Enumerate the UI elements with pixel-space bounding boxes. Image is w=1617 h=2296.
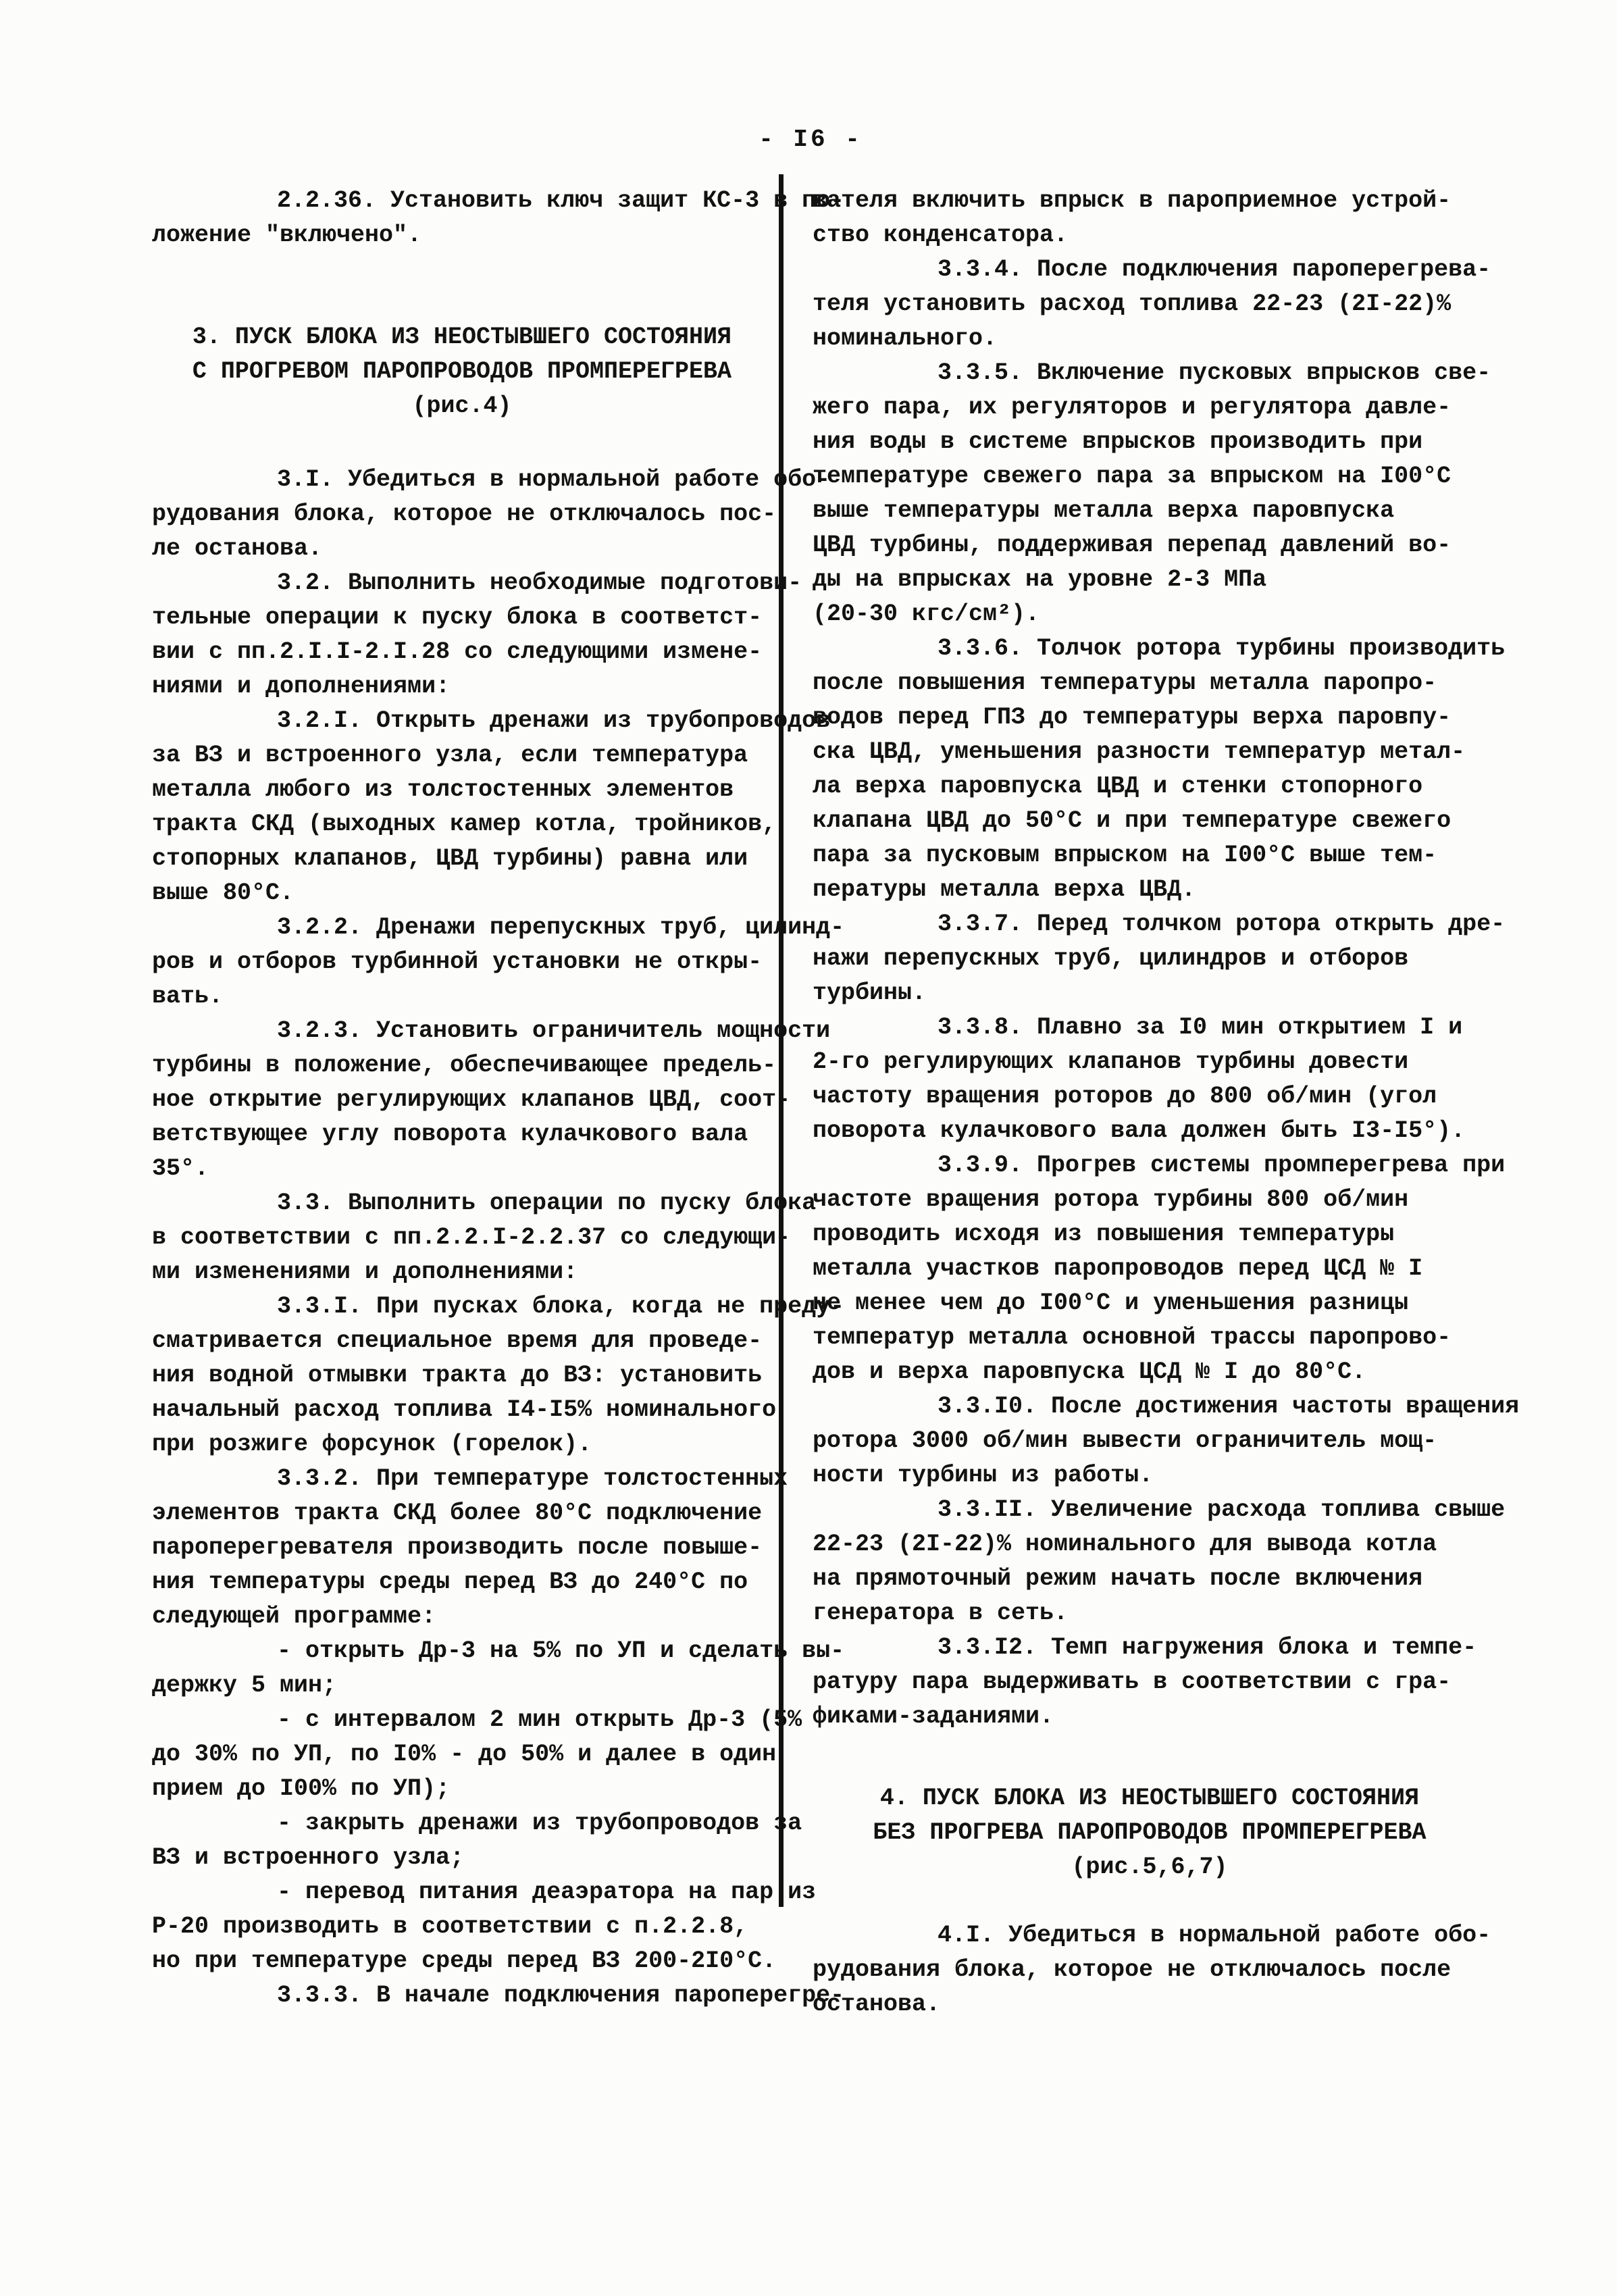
- paragraph-4-1: 4.I. Убедиться в нормальной работе обо-р…: [813, 1918, 1487, 2022]
- text-line: выше температуры металла верха паровпуск…: [813, 494, 1487, 528]
- text-line: (рис.4): [152, 389, 772, 424]
- text-line: 3.3.8. Плавно за I0 мин открытием I и: [813, 1011, 1487, 1045]
- text-line: поворота кулачкового вала должен быть I3…: [813, 1114, 1487, 1148]
- right-column: вателя включить впрыск в пароприемное ус…: [813, 184, 1487, 2022]
- section-4-heading: 4. ПУСК БЛОКА ИЗ НЕОСТЫВШЕГО СОСТОЯНИЯБЕ…: [813, 1781, 1487, 1885]
- paragraph-3-3-12: 3.3.I2. Темп нагружения блока и темпе-ра…: [813, 1631, 1487, 1734]
- text-line: частоту вращения роторов до 800 об/мин (…: [813, 1079, 1487, 1114]
- text-line: проводить исходя из повышения температур…: [813, 1217, 1487, 1252]
- text-line: 3.3.6. Толчок ротора турбины производить: [813, 632, 1487, 666]
- text-line: 4.I. Убедиться в нормальной работе обо-: [813, 1918, 1487, 1953]
- text-line: ности турбины из работы.: [813, 1458, 1487, 1493]
- page-number: - I6 -: [716, 126, 905, 153]
- section-3-heading: 3. ПУСК БЛОКА ИЗ НЕОСТЫВШЕГО СОСТОЯНИЯС …: [152, 320, 772, 424]
- text-line: 3.2. Выполнить необходимые подготови-: [152, 566, 772, 601]
- text-line: ротора 3000 об/мин вывести ограничитель …: [813, 1424, 1487, 1458]
- text-line: турбины.: [813, 976, 1487, 1011]
- paragraph-3-3-8: 3.3.8. Плавно за I0 мин открытием I и2-г…: [813, 1011, 1487, 1148]
- text-line: ми изменениями и дополнениями:: [152, 1255, 772, 1290]
- paragraph-3-3-2: 3.3.2. При температуре толстостенныхэлем…: [152, 1462, 772, 1634]
- text-line: после повышения температуры металла паро…: [813, 666, 1487, 700]
- text-line: ниями и дополнениями:: [152, 669, 772, 704]
- text-line: 3.3.4. После подключения пароперегрева-: [813, 253, 1487, 287]
- text-line: рудования блока, которое не отключалось …: [813, 1953, 1487, 1987]
- list-item-interval-dr3: - с интервалом 2 мин открыть Др-3 (5%до …: [152, 1703, 772, 1806]
- text-line: ле останова.: [152, 532, 772, 566]
- paragraph-3-3-4: 3.3.4. После подключения пароперегрева-т…: [813, 253, 1487, 356]
- text-line: ска ЦВД, уменьшения разности температур …: [813, 735, 1487, 769]
- text-line: ветствующее углу поворота кулачкового ва…: [152, 1117, 772, 1152]
- text-line: сматривается специальное время для прове…: [152, 1324, 772, 1358]
- paragraph-3-3-1: 3.3.I. При пусках блока, когда не преду-…: [152, 1290, 772, 1462]
- text-line: вии с пп.2.I.I-2.I.28 со следующими изме…: [152, 635, 772, 669]
- text-line: 3.3.I. При пусках блока, когда не преду-: [152, 1290, 772, 1324]
- paragraph-3-2-3: 3.2.3. Установить ограничитель мощностит…: [152, 1014, 772, 1186]
- text-line: ство конденсатора.: [813, 218, 1487, 253]
- paragraph-3-3-6: 3.3.6. Толчок ротора турбины производить…: [813, 632, 1487, 907]
- paragraph-3-3: 3.3. Выполнить операции по пуску блокав …: [152, 1186, 772, 1290]
- text-line: 3.3. Выполнить операции по пуску блока: [152, 1186, 772, 1221]
- text-line: 3. ПУСК БЛОКА ИЗ НЕОСТЫВШЕГО СОСТОЯНИЯ: [152, 320, 772, 355]
- text-line: Р-20 производить в соответствии с п.2.2.…: [152, 1910, 772, 1944]
- text-line: вать.: [152, 979, 772, 1014]
- text-line: 22-23 (2I-22)% номинального для вывода к…: [813, 1527, 1487, 1562]
- text-line: пара за пусковым впрыском на I00°С выше …: [813, 838, 1487, 873]
- text-line: стопорных клапанов, ЦВД турбины) равна и…: [152, 842, 772, 876]
- text-line: ды на впрысках на уровне 2-3 МПа: [813, 563, 1487, 597]
- text-line: нажи перепускных труб, цилиндров и отбор…: [813, 942, 1487, 976]
- text-line: начальный расход топлива I4-I5% номиналь…: [152, 1393, 772, 1427]
- text-line: 3.3.I2. Темп нагружения блока и темпе-: [813, 1631, 1487, 1665]
- text-line: 3.3.5. Включение пусковых впрысков све-: [813, 356, 1487, 390]
- text-line: 2.2.36. Установить ключ защит КС-3 в по-: [152, 184, 772, 218]
- text-line: за ВЗ и встроенного узла, если температу…: [152, 738, 772, 773]
- text-line: не менее чем до I00°С и уменьшения разни…: [813, 1286, 1487, 1321]
- text-line: С ПРОГРЕВОМ ПАРОПРОВОДОВ ПРОМПЕРЕГРЕВА: [152, 355, 772, 389]
- text-line: - закрыть дренажи из трубопроводов за: [152, 1806, 772, 1841]
- paragraph-2-2-36: 2.2.36. Установить ключ защит КС-3 в по-…: [152, 184, 772, 253]
- text-line: генератора в сеть.: [813, 1596, 1487, 1631]
- text-line: температуре свежего пара за впрыском на …: [813, 459, 1487, 494]
- paragraph-3-2: 3.2. Выполнить необходимые подготови-тел…: [152, 566, 772, 704]
- text-line: 3.3.I0. После достижения частоты вращени…: [813, 1389, 1487, 1424]
- text-line: температур металла основной трассы пароп…: [813, 1321, 1487, 1355]
- text-line: 3.3.7. Перед толчком ротора открыть дре-: [813, 907, 1487, 942]
- paragraph-3-3-3-continuation: вателя включить впрыск в пароприемное ус…: [813, 184, 1487, 253]
- document-page: - I6 - 2.2.36. Установить ключ защит КС-…: [0, 0, 1617, 2296]
- text-line: 3.2.3. Установить ограничитель мощности: [152, 1014, 772, 1048]
- text-line: ложение "включено".: [152, 218, 772, 253]
- text-line: - открыть Др-3 на 5% по УП и сделать вы-: [152, 1634, 772, 1668]
- text-line: частоте вращения ротора турбины 800 об/м…: [813, 1183, 1487, 1217]
- text-line: ВЗ и встроенного узла;: [152, 1841, 772, 1875]
- text-line: - с интервалом 2 мин открыть Др-3 (5%: [152, 1703, 772, 1737]
- text-line: 4. ПУСК БЛОКА ИЗ НЕОСТЫВШЕГО СОСТОЯНИЯ: [813, 1781, 1487, 1816]
- text-line: фиками-заданиями.: [813, 1700, 1487, 1734]
- text-line: 3.I. Убедиться в нормальной работе обо-: [152, 463, 772, 497]
- left-column: 2.2.36. Установить ключ защит КС-3 в по-…: [152, 184, 772, 2013]
- text-line: (рис.5,6,7): [813, 1850, 1487, 1885]
- text-line: 3.3.9. Прогрев системы промперегрева при: [813, 1148, 1487, 1183]
- text-line: держку 5 мин;: [152, 1668, 772, 1703]
- text-line: ния водной отмывки тракта до ВЗ: установ…: [152, 1358, 772, 1393]
- text-line: вателя включить впрыск в пароприемное ус…: [813, 184, 1487, 218]
- text-line: турбины в положение, обеспечивающее пред…: [152, 1048, 772, 1083]
- text-line: но при температуре среды перед ВЗ 200-2I…: [152, 1944, 772, 1979]
- text-line: следующей программе:: [152, 1600, 772, 1634]
- text-line: ЦВД турбины, поддерживая перепад давлени…: [813, 528, 1487, 563]
- text-line: дов и верха паровпуска ЦСД № I до 80°С.: [813, 1355, 1487, 1389]
- paragraph-3-3-7: 3.3.7. Перед толчком ротора открыть дре-…: [813, 907, 1487, 1011]
- text-line: БЕЗ ПРОГРЕВА ПАРОПРОВОДОВ ПРОМПЕРЕГРЕВА: [813, 1816, 1487, 1850]
- text-line: 35°.: [152, 1152, 772, 1186]
- text-line: в соответствии с пп.2.2.I-2.2.37 со след…: [152, 1221, 772, 1255]
- text-line: пароперегревателя производить после повы…: [152, 1531, 772, 1565]
- text-line: 3.3.II. Увеличение расхода топлива свыше: [813, 1493, 1487, 1527]
- paragraph-3-3-3: 3.3.3. В начале подключения пароперегре-: [152, 1979, 772, 2013]
- paragraph-3-1: 3.I. Убедиться в нормальной работе обо-р…: [152, 463, 772, 566]
- text-line: водов перед ГПЗ до температуры верха пар…: [813, 700, 1487, 735]
- text-line: тракта СКД (выходных камер котла, тройни…: [152, 807, 772, 842]
- list-item-deaerator: - перевод питания деаэратора на пар изР-…: [152, 1875, 772, 1979]
- text-line: ла верха паровпуска ЦВД и стенки стопорн…: [813, 769, 1487, 804]
- list-item-open-dr3: - открыть Др-3 на 5% по УП и сделать вы-…: [152, 1634, 772, 1703]
- text-line: металла любого из толстостенных элементо…: [152, 773, 772, 807]
- text-line: ния температуры среды перед ВЗ до 240°С …: [152, 1565, 772, 1600]
- paragraph-3-2-2: 3.2.2. Дренажи перепускных труб, цилинд-…: [152, 911, 772, 1014]
- text-line: - перевод питания деаэратора на пар из: [152, 1875, 772, 1910]
- text-line: выше 80°С.: [152, 876, 772, 911]
- text-line: металла участков паропроводов перед ЦСД …: [813, 1252, 1487, 1286]
- text-line: тельные операции к пуску блока в соответ…: [152, 601, 772, 635]
- text-line: клапана ЦВД до 50°С и при температуре св…: [813, 804, 1487, 838]
- text-line: 2-го регулирующих клапанов турбины довес…: [813, 1045, 1487, 1079]
- text-line: (20-30 кгс/см²).: [813, 597, 1487, 632]
- text-line: элементов тракта СКД более 80°С подключе…: [152, 1496, 772, 1531]
- paragraph-3-2-1: 3.2.I. Открыть дренажи из трубопроводовз…: [152, 704, 772, 911]
- paragraph-3-3-11: 3.3.II. Увеличение расхода топлива свыше…: [813, 1493, 1487, 1631]
- text-line: теля установить расход топлива 22-23 (2I…: [813, 287, 1487, 322]
- paragraph-3-3-5: 3.3.5. Включение пусковых впрысков све-ж…: [813, 356, 1487, 632]
- text-line: ния воды в системе впрысков производить …: [813, 425, 1487, 459]
- text-line: 3.2.I. Открыть дренажи из трубопроводов: [152, 704, 772, 738]
- text-line: на прямоточный режим начать после включе…: [813, 1562, 1487, 1596]
- text-line: номинального.: [813, 322, 1487, 356]
- text-line: при розжиге форсунок (горелок).: [152, 1427, 772, 1462]
- text-line: прием до I00% по УП);: [152, 1772, 772, 1806]
- paragraph-3-3-10: 3.3.I0. После достижения частоты вращени…: [813, 1389, 1487, 1493]
- text-line: 3.3.3. В начале подключения пароперегре-: [152, 1979, 772, 2013]
- text-line: до 30% по УП, по I0% - до 50% и далее в …: [152, 1737, 772, 1772]
- text-line: 3.2.2. Дренажи перепускных труб, цилинд-: [152, 911, 772, 945]
- text-line: 3.3.2. При температуре толстостенных: [152, 1462, 772, 1496]
- paragraph-3-3-9: 3.3.9. Прогрев системы промперегрева при…: [813, 1148, 1487, 1389]
- text-line: ное открытие регулирующих клапанов ЦВД, …: [152, 1083, 772, 1117]
- list-item-close-drains: - закрыть дренажи из трубопроводов заВЗ …: [152, 1806, 772, 1875]
- text-line: пературы металла верха ЦВД.: [813, 873, 1487, 907]
- text-line: останова.: [813, 1987, 1487, 2022]
- text-line: ратуру пара выдерживать в соответствии с…: [813, 1665, 1487, 1700]
- text-line: жего пара, их регуляторов и регулятора д…: [813, 390, 1487, 425]
- text-line: ров и отборов турбинной установки не отк…: [152, 945, 772, 979]
- text-line: рудования блока, которое не отключалось …: [152, 497, 772, 532]
